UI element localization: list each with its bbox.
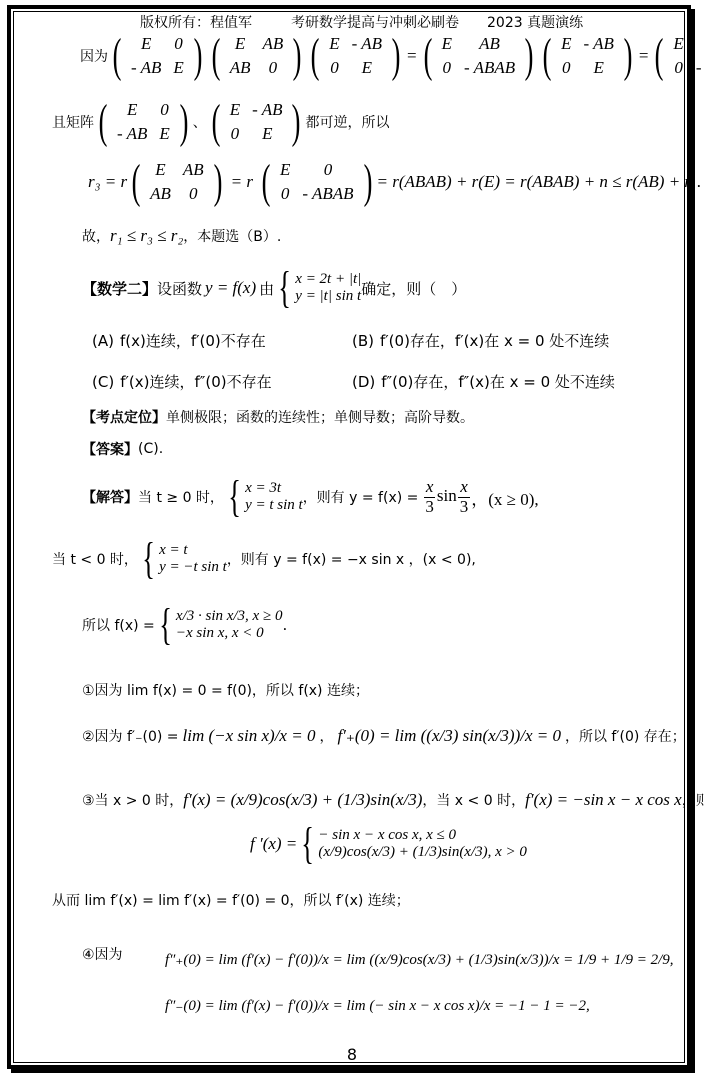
system-row-x: x = 2t + |t| xyxy=(295,271,361,288)
question-stem: 【数学二】 设函数 y = f(x) 由 { x = 2t + |t| y = … xyxy=(82,266,466,310)
option-text: f′(x)连续，f″(0)不存在 xyxy=(120,371,271,392)
option-text: f″(0)存在，f″(x)在 x = 0 处不连续 xyxy=(381,371,615,392)
question-tag: 【数学二】 xyxy=(82,278,157,299)
stem-by: 由 xyxy=(259,278,274,299)
option-text: f′(0)存在，f′(x)在 x = 0 处不连续 xyxy=(380,330,609,351)
stem-suffix: 确定，则（ ） xyxy=(361,278,466,299)
matrix-right: (E- AB0E) xyxy=(207,98,306,146)
step1-text: ①因为 lim f(x) = 0 = f(0)，所以 f(x) 连续； xyxy=(82,680,369,700)
text-and-matrix: 且矩阵 xyxy=(52,112,94,132)
key-points: 【考点定位】 单侧极限；函数的连续性；单侧导数；高阶导数。 xyxy=(82,407,474,427)
step3-suffix: ，则有 xyxy=(682,790,704,810)
piecewise-cases: { x/3 · sin x/3, x ≥ 0 −x sin x, x < 0 xyxy=(155,603,283,647)
rank-inequality: r₁ ≤ r₃ ≤ r₂ xyxy=(110,226,183,246)
step4-prefix: ④因为 xyxy=(82,944,123,964)
rank-equation: r₃ = r (EABAB0) = r (E00- ABAB) = r(ABAB… xyxy=(88,158,701,206)
step2-suffix: ，所以 f′(0) 存在； xyxy=(565,726,686,746)
right-second-derivative: f″₊(0) = lim (f′(x) − f′(0))/x = lim ((x… xyxy=(165,950,674,969)
case2-prefix: 当 t < 0 时， xyxy=(52,549,138,569)
step-3: ③当 x > 0 时， f′(x) = (x/9)cos(x/3) + (1/3… xyxy=(82,790,704,810)
matrix-product-equation: 因为 (E0- ABE)(EABAB0)(E- AB0E)=(EAB0- ABA… xyxy=(80,32,704,80)
option-d[interactable]: (D) f″(0)存在，f″(x)在 x = 0 处不连续 xyxy=(352,371,615,392)
separator: 、 xyxy=(193,112,207,132)
derivative-negative: f′(x) = −sin x − x cos x xyxy=(525,790,682,810)
block-matrix: (E- AB0E) xyxy=(307,32,404,80)
answer-text: (C). xyxy=(138,441,163,457)
second-derivative-right: f″₊(0) = lim (f′(x) − f′(0))/x = lim ((x… xyxy=(165,950,674,969)
derivative-row-2: (x/9)cos(x/3) + (1/3)sin(x/3), x > 0 xyxy=(318,844,527,861)
case2-system: { x = t y = −t sin t xyxy=(138,537,227,581)
conclusion-suffix: ，本题选（B）. xyxy=(183,226,281,246)
block-matrix: (E- AB0E) xyxy=(208,98,305,146)
option-text: f(x)连续，f′(0)不存在 xyxy=(120,330,266,351)
step2-prefix: ②因为 f′₋(0) = xyxy=(82,726,179,746)
option-a[interactable]: (A) f(x)连续，f′(0)不存在 xyxy=(92,330,266,351)
case2-row-y: y = −t sin t xyxy=(159,559,227,576)
parametric-system: { x = 2t + |t| y = |t| sin t xyxy=(274,266,361,310)
block-matrix: (E00- ABAB) xyxy=(651,32,704,80)
rank-chain: = r(ABAB) + r(E) = r(ABAB) + n ≤ r(AB) +… xyxy=(377,172,702,192)
block-matrix: (EABAB0) xyxy=(208,32,306,80)
derivative-positive: f′(x) = (x/9)cos(x/3) + (1/3)sin(x/3) xyxy=(183,790,422,810)
derivative-piecewise: f ′(x) = { − sin x − x cos x, x ≤ 0 (x/9… xyxy=(250,822,527,866)
solution-case2: 当 t < 0 时， { x = t y = −t sin t ，则有 y = … xyxy=(52,537,476,581)
invertible-statement: 且矩阵 (E0- ABE) 、 (E- AB0E) 都可逆，所以 xyxy=(52,98,389,146)
rank-lhs: r₃ = r xyxy=(88,172,127,192)
step3-prefix: ③当 x > 0 时， xyxy=(82,790,183,810)
piecewise-row-1: x/3 · sin x/3, x ≥ 0 xyxy=(176,608,283,625)
second-derivative-left: f″₋(0) = lim (f′(x) − f′(0))/x = lim (− … xyxy=(165,996,590,1015)
derivative-cases: { − sin x − x cos x, x ≤ 0 (x/9)cos(x/3)… xyxy=(297,822,527,866)
option-b[interactable]: (B) f′(0)存在，f′(x)在 x = 0 处不连续 xyxy=(352,330,609,351)
key-points-tag: 【考点定位】 xyxy=(82,407,166,427)
case2-result: ，则有 y = f(x) = −x sin x ，(x < 0), xyxy=(227,549,476,569)
page-number: 8 xyxy=(0,1045,704,1064)
step3-mid: ，当 x < 0 时， xyxy=(422,790,525,810)
case1-system: { x = 3t y = t sin t xyxy=(224,475,303,519)
derivative-row-1: − sin x − x cos x, x ≤ 0 xyxy=(318,827,527,844)
option-label: (C) xyxy=(92,373,114,391)
solution-case1: 【解答】 当 t ≥ 0 时， { x = 3t y = t sin t ，则有… xyxy=(82,475,539,519)
block-matrix: (E0- ABE) xyxy=(95,98,192,146)
answer: 【答案】 (C). xyxy=(82,439,163,459)
matrix-left: (E0- ABE) xyxy=(94,98,193,146)
page-border-shadow-bottom xyxy=(11,1069,695,1073)
right-derivative: f′₊(0) = lim ((x/3) sin(x/3))/x = 0 xyxy=(337,726,561,746)
step-3-conclusion: 从而 lim f′(x) = lim f′(x) = f′(0) = 0，所以 … xyxy=(52,890,410,910)
block-matrix: (E00- ABAB) xyxy=(258,158,376,206)
option-label: (A) xyxy=(92,332,114,350)
header-section: 2023 真题演练 xyxy=(487,12,583,32)
matrix-chain: (E0- ABE)(EABAB0)(E- AB0E)=(EAB0- ABAB)(… xyxy=(108,32,704,80)
case1-result-prefix: ，则有 y = f(x) = xyxy=(303,487,419,507)
step-2: ②因为 f′₋(0) = lim (−x sin x)/x = 0 ， f′₊(… xyxy=(82,726,686,746)
block-matrix: (EAB0- ABAB) xyxy=(420,32,538,80)
system-row-y: y = |t| sin t xyxy=(295,288,361,305)
step3-conclusion-text: 从而 lim f′(x) = lim f′(x) = f′(0) = 0，所以 … xyxy=(52,890,410,910)
rank-matrix-1: (EABAB0) xyxy=(127,158,227,206)
solution-tag: 【解答】 xyxy=(82,487,138,507)
option-label: (B) xyxy=(352,332,374,350)
conclusion-prefix: 故， xyxy=(82,226,110,246)
text-invertible: 都可逆，所以 xyxy=(305,112,389,132)
rank-matrix-2: (E00- ABAB) xyxy=(257,158,377,206)
option-label: (D) xyxy=(352,373,375,391)
case1-row-x: x = 3t xyxy=(245,480,303,497)
piecewise-f: 所以 f(x) = { x/3 · sin x/3, x ≥ 0 −x sin … xyxy=(82,603,287,647)
text-because: 因为 xyxy=(80,46,108,66)
option-c[interactable]: (C) f′(x)连续，f″(0)不存在 xyxy=(92,371,272,392)
piecewise-prefix: 所以 f(x) = xyxy=(82,615,155,635)
case1-prefix: 当 t ≥ 0 时， xyxy=(138,487,224,507)
block-matrix: (E- AB0E) xyxy=(539,32,636,80)
step-4-label: ④因为 xyxy=(82,944,123,964)
function-expr: y = f(x) xyxy=(205,278,256,298)
conclusion-line: 故， r₁ ≤ r₃ ≤ r₂ ，本题选（B）. xyxy=(82,226,281,246)
block-matrix: (EABAB0) xyxy=(128,158,226,206)
case1-domain: ，(x ≥ 0), xyxy=(471,485,538,510)
block-matrix: (E0- ABE) xyxy=(109,32,206,80)
stem-prefix: 设函数 xyxy=(157,278,202,299)
case2-row-x: x = t xyxy=(159,542,227,559)
key-points-text: 单侧极限；函数的连续性；单侧导数；高阶导数。 xyxy=(166,407,474,427)
piecewise-row-2: −x sin x, x < 0 xyxy=(176,625,283,642)
answer-tag: 【答案】 xyxy=(82,439,138,459)
left-second-derivative: f″₋(0) = lim (f′(x) − f′(0))/x = lim (− … xyxy=(165,996,590,1015)
step-1: ①因为 lim f(x) = 0 = f(0)，所以 f(x) 连续； xyxy=(82,680,369,700)
case1-row-y: y = t sin t xyxy=(245,497,303,514)
left-derivative: lim (−x sin x)/x = 0 xyxy=(183,726,316,746)
